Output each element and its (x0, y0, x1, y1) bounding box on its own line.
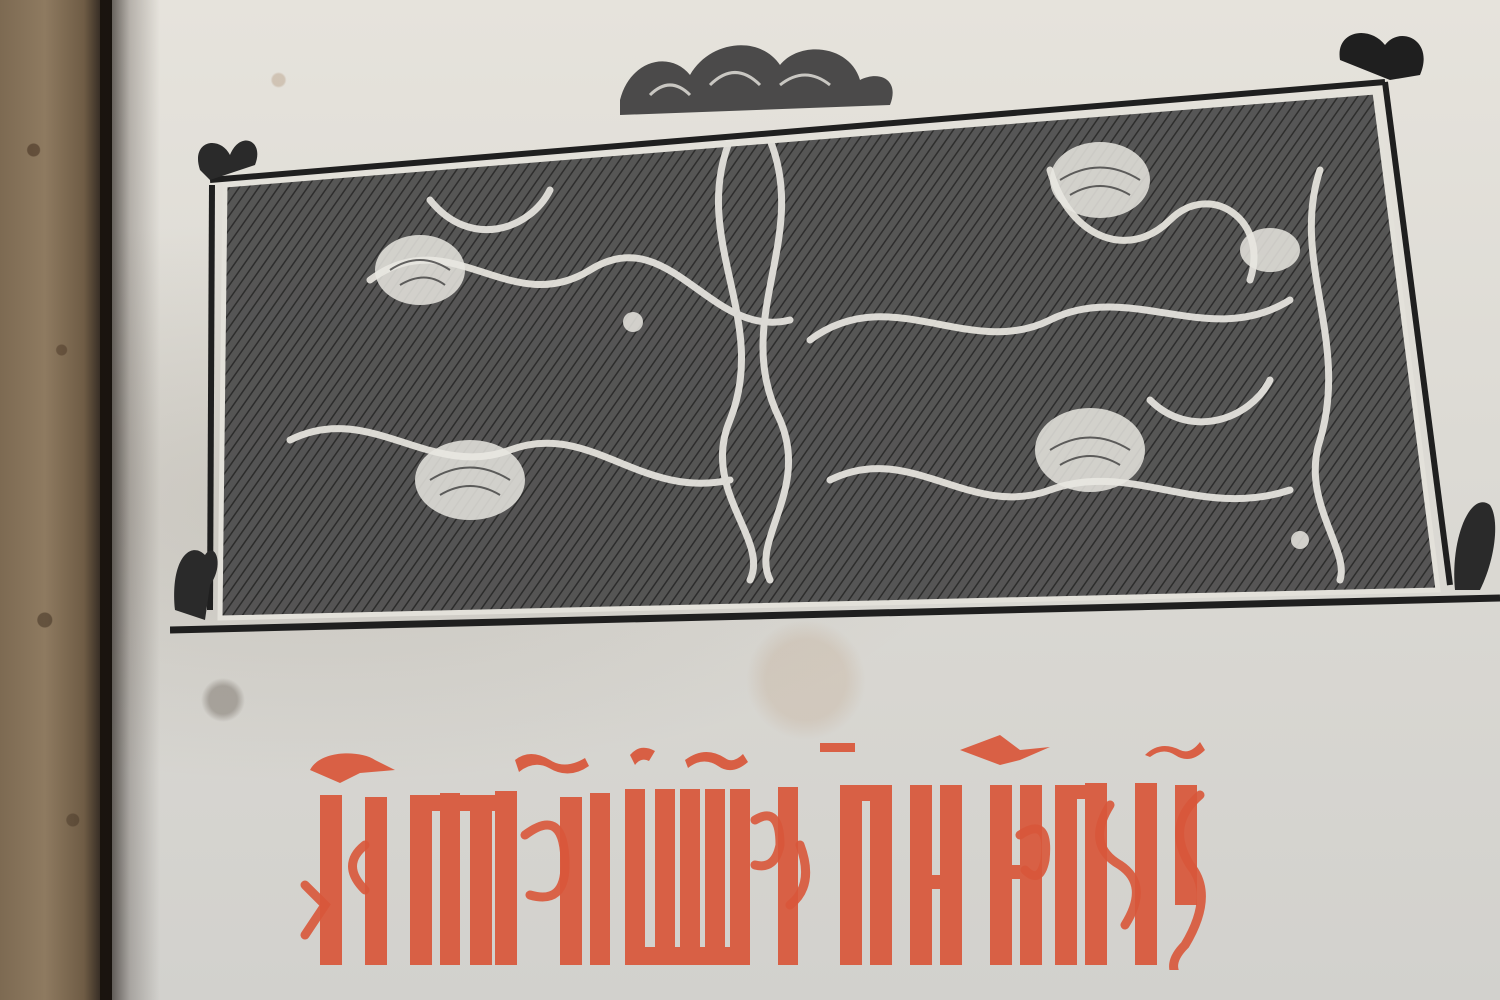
book-binding-edge (0, 0, 112, 1000)
vyaz-title: ѾАПОСТОЛЬСКИХЪ ДѢЯНИЙ (300, 725, 1260, 970)
corner-ornament-bottom-right (1454, 502, 1495, 590)
corner-ornament-top-right (1340, 33, 1424, 80)
gutter-shadow (100, 0, 160, 1000)
woodcut-headpiece (170, 20, 1500, 640)
